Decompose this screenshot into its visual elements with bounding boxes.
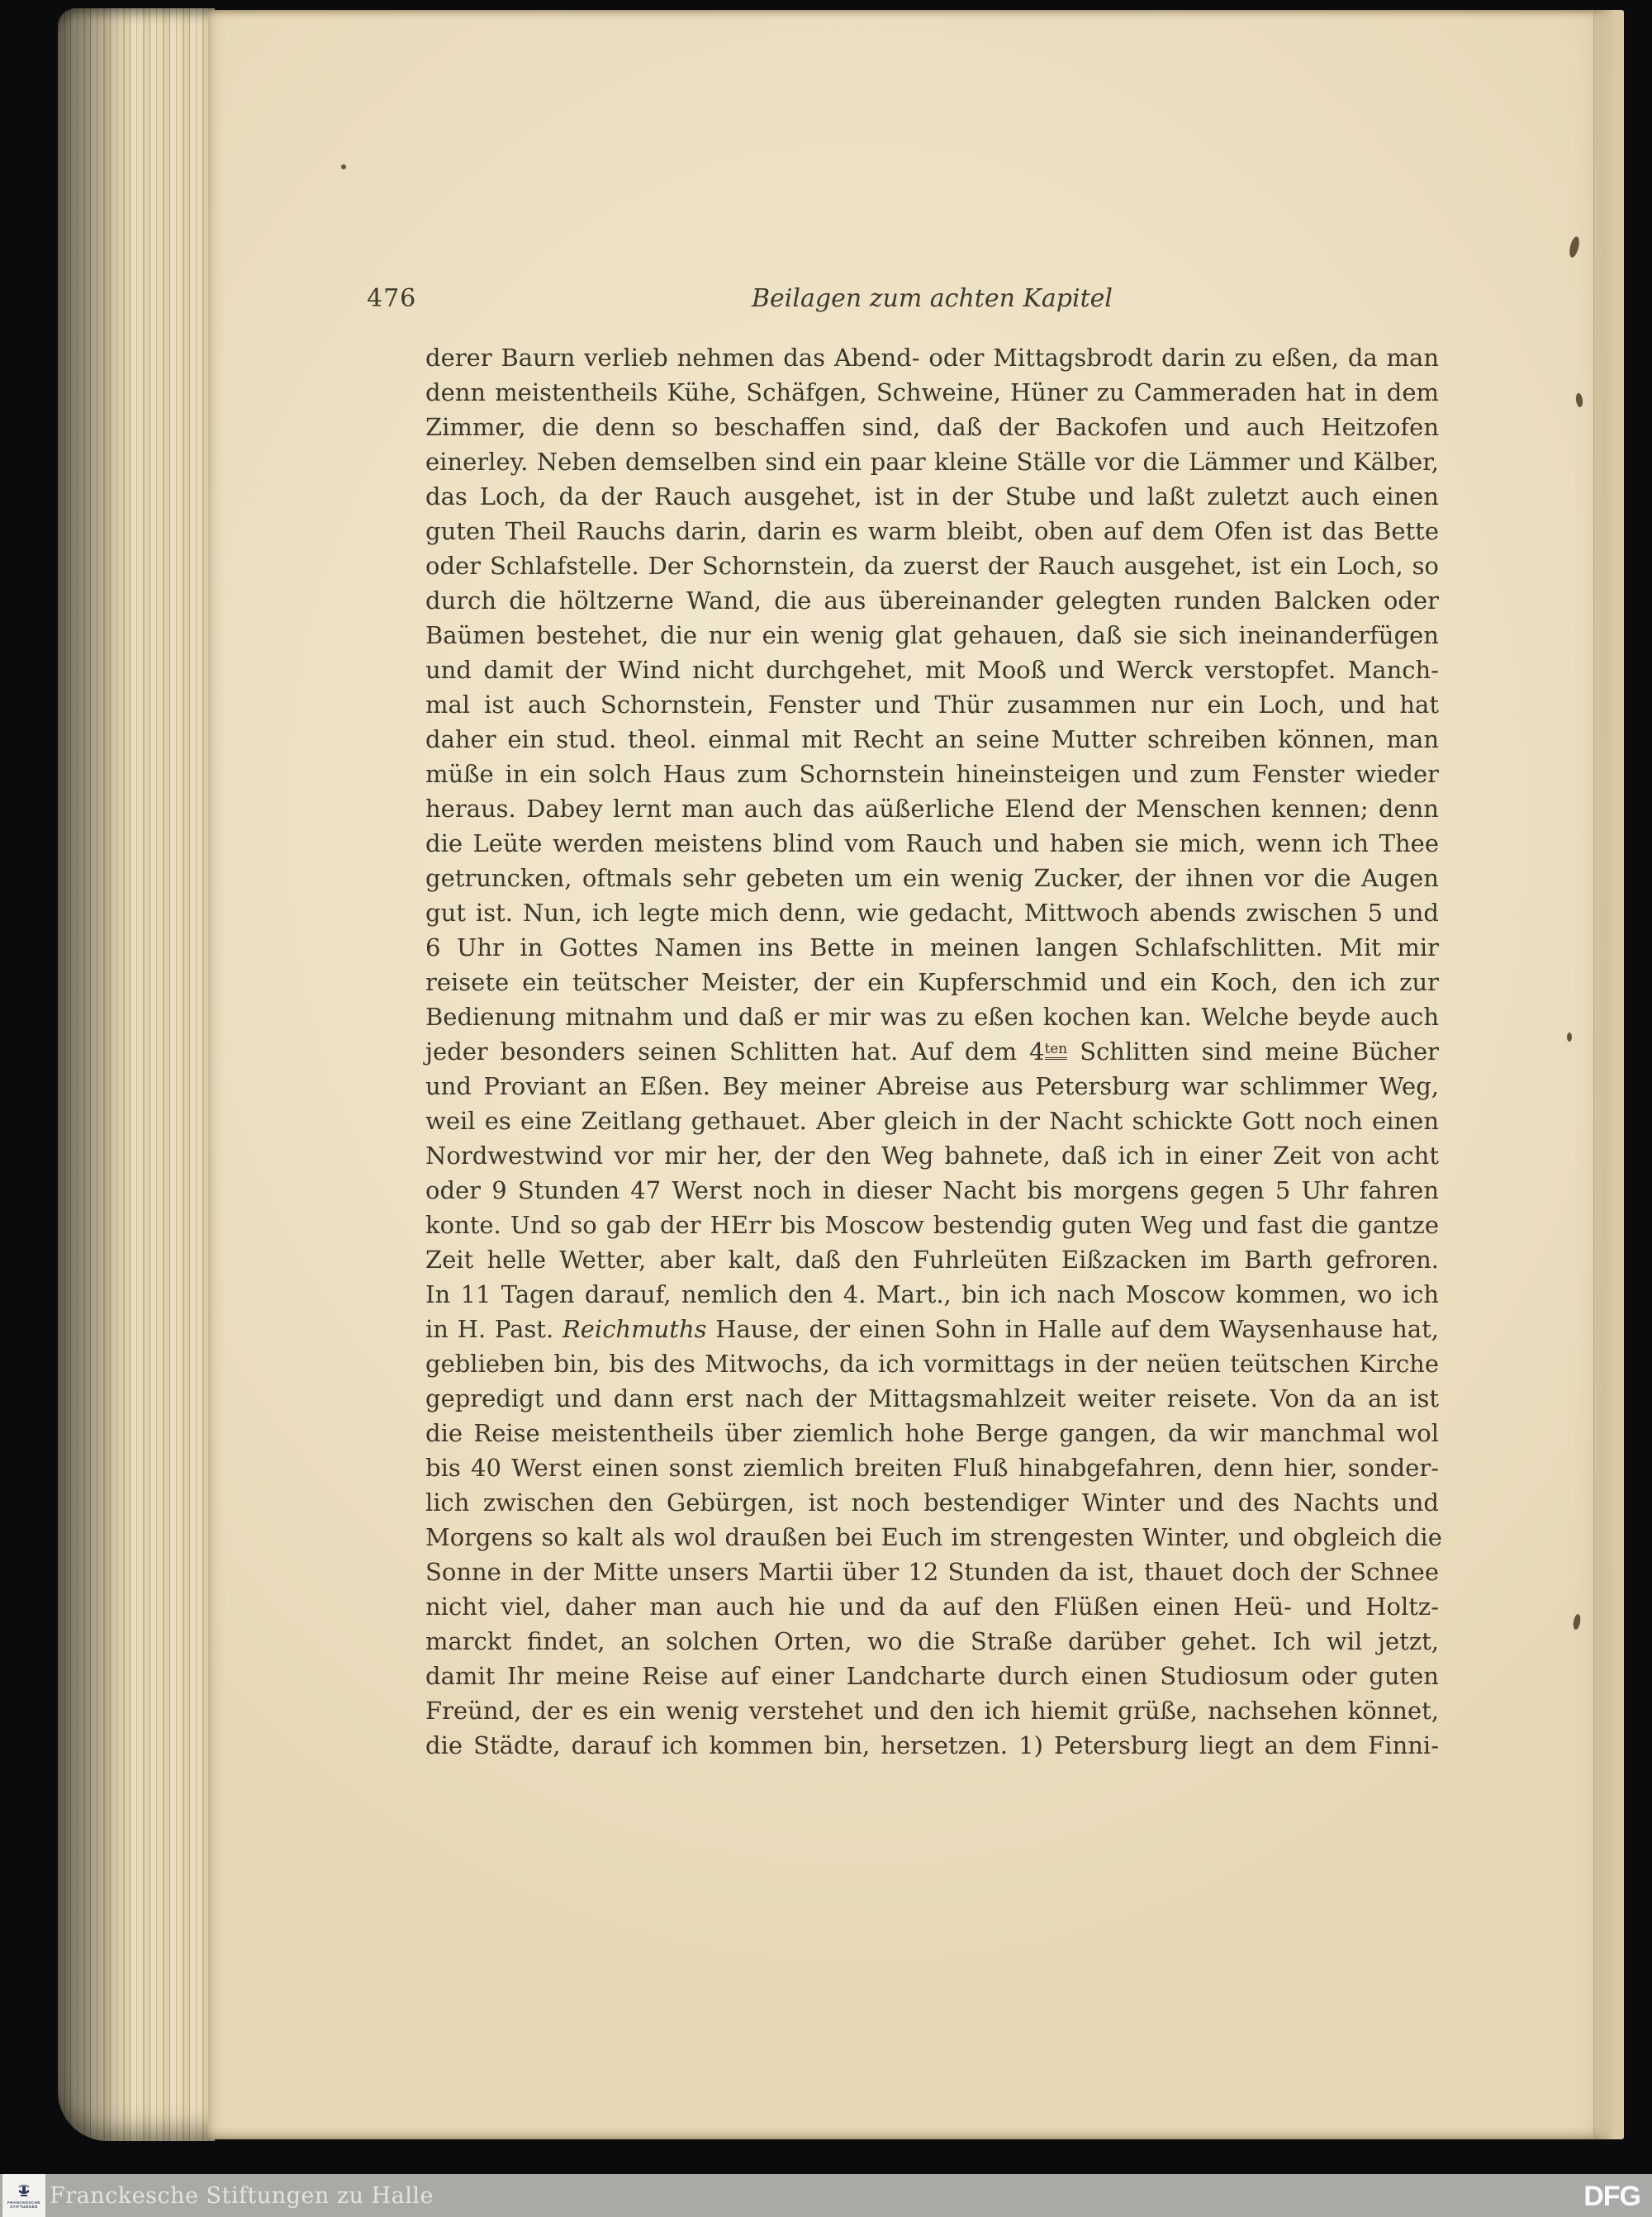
text-line: die Reise meistentheils über ziemlich ho… bbox=[425, 1416, 1439, 1450]
text-line: einerley. Neben demselben sind ein paar … bbox=[425, 444, 1439, 479]
institution-logo-text: FRANCKESCHE STIFTUNGEN bbox=[7, 2200, 40, 2210]
institution-logo: FRANCKESCHE STIFTUNGEN bbox=[2, 2174, 45, 2217]
text-line: guten Theil Rauchs darin, darin es warm … bbox=[425, 514, 1439, 548]
text-line: bis 40 Werst einen sonst ziemlich breite… bbox=[425, 1450, 1439, 1485]
text-line: die Städte, darauf ich kommen bin, herse… bbox=[425, 1728, 1439, 1763]
scan-viewer-background: { "page": { "number": "476", "running_he… bbox=[0, 0, 1652, 2217]
text-line: Zimmer, die denn so beschaffen sind, daß… bbox=[425, 410, 1439, 444]
dfg-logo: DFG bbox=[1583, 2174, 1640, 2217]
text-line: getruncken, oftmals sehr gebeten um ein … bbox=[425, 861, 1439, 895]
text-line: derer Baurn verlieb nehmen das Abend- od… bbox=[425, 340, 1439, 375]
text-line: oder 9 Stunden 47 Werst noch in dieser N… bbox=[425, 1173, 1439, 1208]
text-line: damit Ihr meine Reise auf einer Landchar… bbox=[425, 1659, 1439, 1693]
book-page-edges bbox=[58, 8, 215, 2141]
text-line: gepredigt und dann erst nach der Mittags… bbox=[425, 1381, 1439, 1416]
page-header-row: 476 Beilagen zum achten Kapitel bbox=[425, 281, 1439, 317]
text-line: gut ist. Nun, ich legte mich denn, wie g… bbox=[425, 895, 1439, 930]
text-line: denn meistentheils Kühe, Schäfgen, Schwe… bbox=[425, 375, 1439, 410]
text-line: oder Schlafstelle. Der Schornstein, da z… bbox=[425, 548, 1439, 583]
text-line: und Proviant an Eßen. Bey meiner Abreise… bbox=[425, 1069, 1439, 1104]
text-line: das Loch, da der Rauch ausgehet, ist in … bbox=[425, 479, 1439, 514]
text-line: müße in ein solch Haus zum Schornstein h… bbox=[425, 757, 1439, 791]
text-line: lich zwischen den Gebürgen, ist noch bes… bbox=[425, 1485, 1439, 1520]
text-line: Morgens so kalt als wol draußen bei Euch… bbox=[425, 1520, 1439, 1555]
text-line: Zeit helle Wetter, aber kalt, daß den Fu… bbox=[425, 1242, 1439, 1277]
institution-name: Franckesche Stiftungen zu Halle bbox=[50, 2174, 434, 2217]
body-text-block: derer Baurn verlieb nehmen das Abend- od… bbox=[425, 340, 1439, 1763]
text-line: heraus. Dabey lernt man auch das aüßerli… bbox=[425, 791, 1439, 826]
text-line: daher ein stud. theol. einmal mit Recht … bbox=[425, 722, 1439, 757]
text-line: Freünd, der es ein wenig verstehet und d… bbox=[425, 1693, 1439, 1728]
text-line: marckt findet, an solchen Orten, wo die … bbox=[425, 1624, 1439, 1659]
text-line: jeder besonders seinen Schlitten hat. Au… bbox=[425, 1034, 1439, 1069]
text-line: durch die höltzerne Wand, die aus überei… bbox=[425, 583, 1439, 618]
text-line: Bedienung mitnahm und daß er mir was zu … bbox=[425, 999, 1439, 1034]
franckesche-stiftungen-logo-icon bbox=[17, 2182, 31, 2199]
text-line: die Leüte werden meistens blind vom Rauc… bbox=[425, 826, 1439, 861]
running-header: Beilagen zum achten Kapitel bbox=[425, 281, 1439, 317]
text-line: nicht viel, daher man auch hie und da au… bbox=[425, 1589, 1439, 1624]
page-number: 476 bbox=[367, 281, 416, 317]
text-line: weil es eine Zeitlang gethauet. Aber gle… bbox=[425, 1104, 1439, 1138]
text-line: 6 Uhr in Gottes Namen ins Bette in meine… bbox=[425, 930, 1439, 965]
text-line: Baümen bestehet, die nur ein wenig glat … bbox=[425, 618, 1439, 653]
text-line: geblieben bin, bis des Mitwochs, da ich … bbox=[425, 1346, 1439, 1381]
binding-mark bbox=[1567, 1033, 1572, 1042]
text-line: und damit der Wind nicht durchgehet, mit… bbox=[425, 653, 1439, 687]
text-line: Sonne in der Mitte unsers Martii über 12… bbox=[425, 1555, 1439, 1589]
text-line: in H. Past. Reichmuths Hause, der einen … bbox=[425, 1312, 1439, 1346]
ink-speck bbox=[341, 164, 346, 169]
scanned-page: 476 Beilagen zum achten Kapitel derer Ba… bbox=[208, 10, 1624, 2139]
text-line: mal ist auch Schornstein, Fenster und Th… bbox=[425, 687, 1439, 722]
viewer-footer-bar: FRANCKESCHE STIFTUNGEN Franckesche Stift… bbox=[0, 2174, 1652, 2217]
text-line: konte. Und so gab der HErr bis Moscow be… bbox=[425, 1208, 1439, 1242]
text-line: Nordwestwind vor mir her, der den Weg ba… bbox=[425, 1138, 1439, 1173]
text-line: reisete ein teütscher Meister, der ein K… bbox=[425, 965, 1439, 999]
text-line: In 11 Tagen darauf, nemlich den 4. Mart.… bbox=[425, 1277, 1439, 1312]
